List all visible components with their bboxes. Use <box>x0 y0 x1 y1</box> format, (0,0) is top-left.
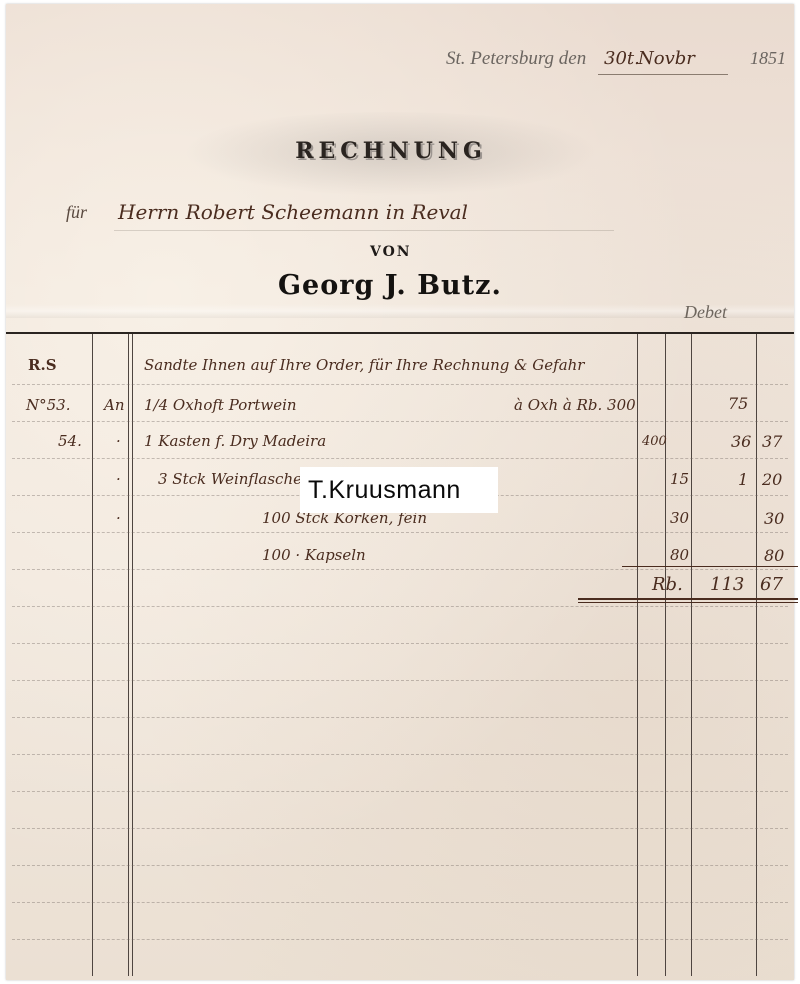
ruled-line <box>12 680 788 681</box>
row-rate-text: à Oxh à Rb. 300 <box>514 396 636 414</box>
recipient-prefix: für <box>66 202 87 223</box>
recipient-underline <box>114 230 614 231</box>
ruled-line <box>12 569 788 570</box>
invoice-title: RECHNUNG <box>286 138 496 164</box>
row-description: 1 Kasten f. Dry Madeira <box>144 432 326 450</box>
total-double-rule-2 <box>578 602 798 603</box>
ruled-line <box>12 421 788 422</box>
date-underline <box>598 74 728 75</box>
column-rule-kopeks <box>756 334 757 976</box>
intro-text: Sandte Ihnen auf Ihre Order, für Ihre Re… <box>144 356 584 374</box>
column-rule-qualifier-b <box>132 334 133 976</box>
ruled-line <box>12 606 788 607</box>
ruled-line <box>12 828 788 829</box>
row-ref: 54. <box>58 432 82 450</box>
ruled-line <box>12 865 788 866</box>
ruled-line <box>12 643 788 644</box>
paper-fold <box>6 304 794 318</box>
date-day: 30t. <box>604 48 640 69</box>
ledger-top-rule <box>6 332 794 334</box>
intro-ref: R.S <box>28 356 57 374</box>
row-qualifier: · <box>116 509 121 527</box>
row-description: 1/4 Oxhoft Portwein <box>144 396 297 414</box>
ruled-line <box>12 902 788 903</box>
row-rubles: 36 <box>731 432 751 451</box>
merchant-name: Georg J. Butz. <box>278 270 502 301</box>
ruled-line <box>12 939 788 940</box>
ruled-line <box>12 384 788 385</box>
stamp-name: T.Kruusmann <box>308 476 461 505</box>
total-label: Rb. <box>652 574 683 595</box>
row-qualifier: · <box>116 432 121 450</box>
place-line: St. Petersburg den <box>446 48 586 70</box>
row-unit: 15 <box>670 470 689 488</box>
total-rubles: 113 <box>710 574 744 595</box>
column-rule-unit <box>665 334 666 976</box>
date-month: Novbr <box>638 48 695 69</box>
row-ref: N°53. <box>26 396 70 414</box>
row-kopeks: 20 <box>762 470 782 489</box>
ruled-line <box>12 458 788 459</box>
column-rule-ref <box>92 334 93 976</box>
recipient-name: Herrn Robert Scheemann in Reval <box>118 200 468 224</box>
von-label: VON <box>370 244 412 260</box>
row-kopeks: 37 <box>762 432 782 451</box>
debet-label: Debet <box>684 302 727 323</box>
column-rule-rubles <box>691 334 692 976</box>
total-kopeks: 67 <box>760 574 783 595</box>
row-description: 3 Stck Weinflaschen <box>158 470 312 488</box>
column-rule-qualifier-a <box>128 334 129 976</box>
row-unit: 80 <box>670 546 689 564</box>
row-rubles: 1 <box>738 470 748 489</box>
column-rule-rate <box>637 334 638 976</box>
row-qualifier: · <box>116 470 121 488</box>
date-year: 1851 <box>750 48 786 69</box>
row-description: 100 · Kapseln <box>262 546 366 564</box>
row-rate: 400 <box>642 434 667 449</box>
ruled-line <box>12 717 788 718</box>
row-kopeks: 30 <box>764 509 784 528</box>
row-kopeks: 80 <box>764 546 784 565</box>
ruled-line <box>12 532 788 533</box>
row-qualifier: An <box>104 396 125 414</box>
subtotal-rule <box>622 566 798 567</box>
row-unit: 30 <box>670 509 689 527</box>
total-double-rule <box>578 598 798 600</box>
ruled-line <box>12 754 788 755</box>
ruled-line <box>12 791 788 792</box>
name-stamp-overlay: T.Kruusmann <box>300 467 498 513</box>
row-rubles: 75 <box>728 394 748 413</box>
